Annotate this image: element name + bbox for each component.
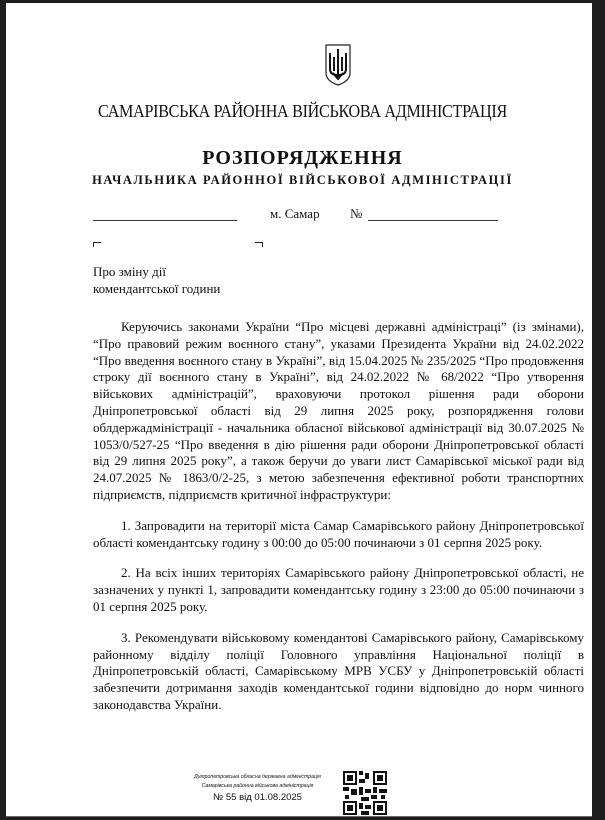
number-sign: № — [350, 206, 362, 222]
preamble-paragraph: Керуючись законами України “Про місцеві … — [93, 319, 584, 504]
document-body: Керуючись законами України “Про місцеві … — [93, 319, 584, 714]
stamp-line-2: Самарівська районна військова адміністра… — [170, 782, 345, 791]
date-blank — [93, 220, 237, 221]
date-number-line: м. Самар № — [0, 206, 605, 226]
order-item-1: 1. Запровадити на території міста Самар … — [93, 518, 584, 552]
subject: Про зміну дії комендантської години — [93, 263, 220, 297]
subject-line: комендантської години — [93, 280, 220, 297]
corner-mark-right — [255, 242, 263, 247]
stamp-line-1: Дніпропетровська обласна державна адміні… — [170, 773, 345, 782]
organization-name: САМАРІВСЬКА РАЙОННА ВІЙСЬКОВА АДМІНІСТРА… — [24, 101, 581, 122]
registration-stamp: Дніпропетровська обласна державна адміні… — [170, 773, 345, 804]
city-label: м. Самар — [270, 206, 320, 222]
coat-of-arms-icon — [324, 43, 352, 87]
document-subtitle: НАЧАЛЬНИКА РАЙОННОЇ ВІЙСЬКОВОЇ АДМІНІСТР… — [0, 173, 605, 188]
qr-code-icon — [343, 771, 387, 815]
subject-line: Про зміну дії — [93, 263, 220, 280]
stamp-registration: № 55 від 01.08.2025 — [170, 791, 345, 804]
order-item-3: 3. Рекомендувати військовому комендантов… — [93, 630, 584, 714]
number-blank — [368, 220, 498, 221]
order-item-2: 2. На всіх інших територіях Самарівськог… — [93, 565, 584, 615]
corner-mark-left — [93, 242, 101, 247]
document-title: РОЗПОРЯДЖЕННЯ — [0, 147, 605, 170]
